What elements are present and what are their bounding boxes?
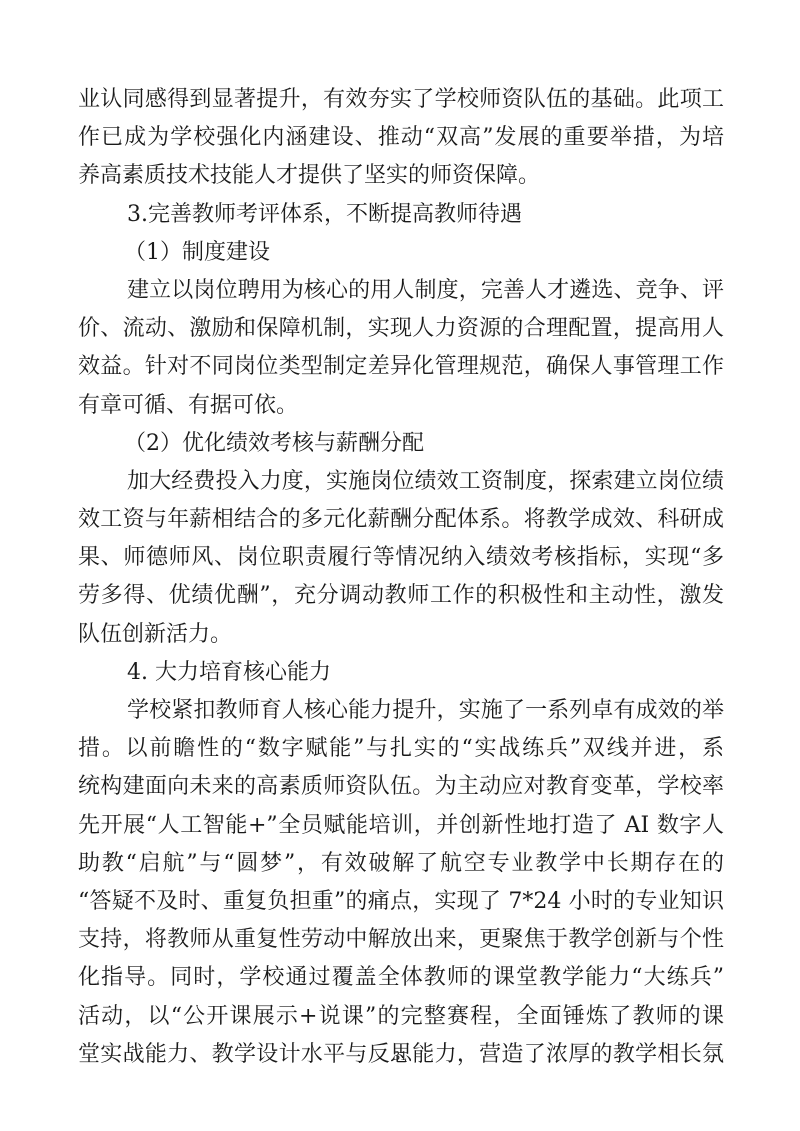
subsection-heading-2: （2）优化绩效考核与薪酬分配 [78,425,724,463]
paragraph-line: 措。以前瞻性的“数字赋能”与扎实的“实战练兵”双线并进，系 [78,730,724,768]
paragraph-line: 统构建面向未来的高素质师资队伍。为主动应对教育变革，学校率 [78,768,724,806]
paragraph-line: 活动，以“公开课展示+说课”的完整赛程，全面锤炼了教师的课 [78,998,724,1036]
section-heading-3: 3.完善教师考评体系，不断提高教师待遇 [78,196,724,234]
paragraph-line: 效工资与年薪相结合的多元化薪酬分配体系。将教学成效、科研成 [78,501,724,539]
paragraph-line: 果、师德师风、岗位职责履行等情况纳入绩效考核指标，实现“多 [78,539,724,577]
paragraph-line: 劳多得、优绩优酬”，充分调动教师工作的积极性和主动性，激发 [78,577,724,615]
paragraph-line: 有章可循、有据可依。 [78,387,724,425]
paragraph-line: 养高素质技术技能人才提供了坚实的师资保障。 [78,157,724,195]
paragraph-line: 先开展“人工智能+”全员赋能培训，并创新性地打造了 AI 数字人 [78,807,724,845]
paragraph-line: 价、流动、激励和保障机制，实现人力资源的合理配置，提高用人 [78,310,724,348]
page-number: 31 [0,1049,800,1065]
paragraph-line: 助教“启航”与“圆梦”，有效破解了航空专业教学中长期存在的 [78,845,724,883]
paragraph-line: 效益。针对不同岗位类型制定差异化管理规范，确保人事管理工作 [78,348,724,386]
paragraph-line: 支持，将教师从重复性劳动中解放出来，更聚焦于教学创新与个性 [78,921,724,959]
body-text: 业认同感得到显著提升，有效夯实了学校师资队伍的基础。此项工 作已成为学校强化内涵… [78,81,724,1074]
subsection-heading-1: （1）制度建设 [78,234,724,272]
section-heading-4: 4. 大力培育核心能力 [78,654,724,692]
paragraph-line: 作已成为学校强化内涵建设、推动“双高”发展的重要举措，为培 [78,119,724,157]
paragraph-line: 加大经费投入力度，实施岗位绩效工资制度，探索建立岗位绩 [78,463,724,501]
paragraph-line: 学校紧扣教师育人核心能力提升，实施了一系列卓有成效的举 [78,692,724,730]
paragraph-line: “答疑不及时、重复负担重”的痛点，实现了 7*24 小时的专业知识 [78,883,724,921]
document-page: 业认同感得到显著提升，有效夯实了学校师资队伍的基础。此项工 作已成为学校强化内涵… [0,0,800,1131]
paragraph-line: 化指导。同时，学校通过覆盖全体教师的课堂教学能力“大练兵” [78,959,724,997]
paragraph-line: 建立以岗位聘用为核心的用人制度，完善人才遴选、竞争、评 [78,272,724,310]
paragraph-line: 队伍创新活力。 [78,616,724,654]
paragraph-line: 业认同感得到显著提升，有效夯实了学校师资队伍的基础。此项工 [78,81,724,119]
